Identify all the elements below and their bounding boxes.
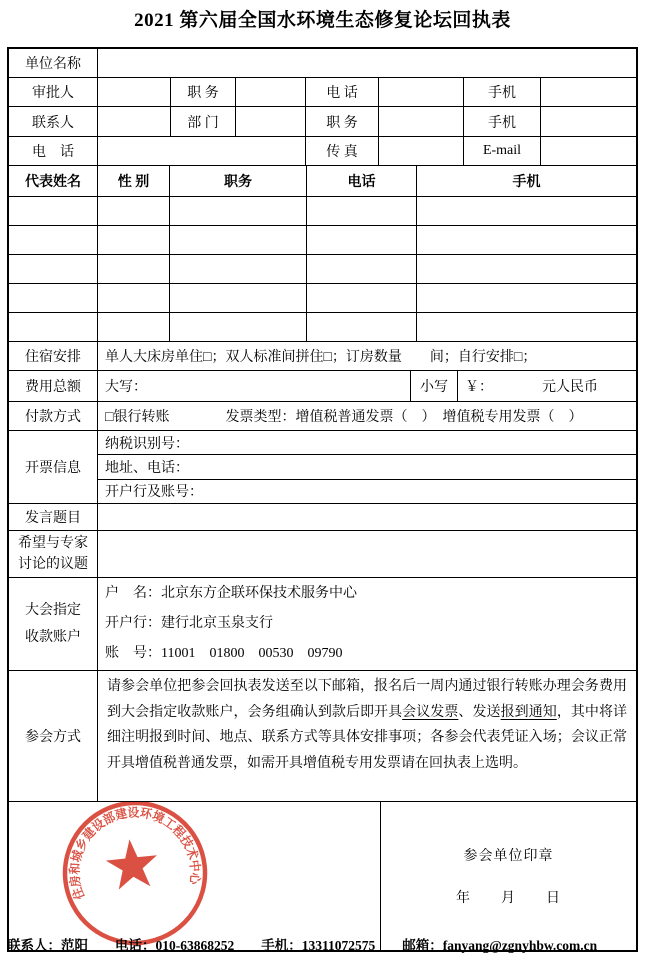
invoice-info-fields: 纳税识别号： 地址、电话： 开户行及账号： — [98, 431, 636, 503]
rep-title-field — [170, 284, 307, 312]
speech-topic-label: 发言题目 — [9, 504, 98, 530]
row-unit-name: 单位名称 — [9, 49, 636, 78]
rep-phone-field — [307, 197, 417, 225]
rep-name-field — [9, 284, 98, 312]
address-phone-field: 地址、电话： — [98, 455, 636, 479]
official-seal-icon: 住房和城乡建设部建设环境工程技术中心 — [9, 802, 381, 950]
contact-mobile-field — [541, 107, 636, 136]
row-lodging: 住宿安排 单人大床房单住□；双人标准间拼住□；订房数量 间；自行安排□； — [9, 342, 636, 371]
reply-form-table: 单位名称 审批人 职 务 电 话 手机 联系人 部 门 职 务 手机 — [7, 47, 638, 952]
payment-label: 付款方式 — [9, 402, 98, 430]
rep-name-field — [9, 197, 98, 225]
total-fee-words-field: 大写： — [98, 371, 411, 401]
approver-phone-field — [379, 78, 464, 106]
tax-id-field: 纳税识别号： — [98, 431, 636, 455]
rep-empty-row — [9, 197, 636, 226]
email-field — [541, 137, 636, 165]
total-fee-label: 费用总额 — [9, 371, 98, 401]
payment-options: □银行转账 发票类型：增值税普通发票（ ） 增值税专用发票（ ） — [98, 402, 636, 430]
lodging-options: 单人大床房单住□；双人标准间拼住□；订房数量 间；自行安排□； — [98, 342, 636, 370]
rep-name-field — [9, 255, 98, 283]
rep-mobile-field — [417, 313, 636, 341]
rep-title-field — [170, 255, 307, 283]
rep-title-header: 职务 — [170, 166, 307, 196]
rep-gender-field — [98, 226, 170, 254]
attendance-text-part2: 、发送 — [458, 705, 500, 720]
rep-title-field — [170, 226, 307, 254]
row-seal: 住房和城乡建设部建设环境工程技术中心 参会单位印章 年 月 日 — [9, 802, 636, 950]
unit-name-field — [98, 49, 636, 77]
form-page: 2021 第六届全国水环境生态修复论坛回执表 单位名称 审批人 职 务 电 话 … — [0, 0, 645, 956]
attendance-method-text: 请参会单位把参会回执表发送至以下邮箱，报名后一周内通过银行转账办理会务费用到大会… — [98, 671, 636, 801]
rep-mobile-field — [417, 255, 636, 283]
approver-mobile-field — [541, 78, 636, 106]
row-phone-fax-email: 电 话 传 真 E-mail — [9, 137, 636, 166]
unit-name-label: 单位名称 — [9, 49, 98, 77]
page-title: 2021 第六届全国水环境生态修复论坛回执表 — [0, 5, 645, 32]
rep-mobile-field — [417, 226, 636, 254]
rep-empty-row — [9, 313, 636, 342]
phone-label: 电 话 — [9, 137, 98, 165]
discussion-topics-field — [98, 531, 636, 577]
rep-empty-row — [9, 255, 636, 284]
row-invoice-info: 开票信息 纳税识别号： 地址、电话： 开户行及账号： — [9, 431, 636, 504]
date-line: 年 月 日 — [456, 887, 561, 907]
rep-mobile-field — [417, 197, 636, 225]
row-contact: 联系人 部 门 职 务 手机 — [9, 107, 636, 137]
rep-title-field — [170, 313, 307, 341]
speech-topic-field — [98, 504, 636, 530]
discussion-topics-label-line1: 希望与专家 — [18, 533, 88, 554]
rep-empty-row — [9, 284, 636, 313]
attendance-text-underline1: 会议发票 — [402, 705, 458, 720]
account-holder-name: 户 名：北京东方企联环保技术服务中心 — [105, 579, 357, 609]
rep-phone-field — [307, 313, 417, 341]
participant-seal-label: 参会单位印章 — [464, 845, 554, 865]
approver-title-field — [236, 78, 306, 106]
row-discussion-topics: 希望与专家 讨论的议题 — [9, 531, 636, 578]
fax-field — [379, 137, 464, 165]
contact-mobile-label: 手机 — [464, 107, 541, 136]
phone-field — [98, 137, 306, 165]
designated-account-details: 户 名：北京东方企联环保技术服务中心 开户行：建行北京玉泉支行 账 号：1100… — [98, 578, 636, 670]
rep-title-field — [170, 197, 307, 225]
row-designated-account: 大会指定 收款账户 户 名：北京东方企联环保技术服务中心 开户行：建行北京玉泉支… — [9, 578, 636, 671]
rep-mobile-field — [417, 284, 636, 312]
approver-label: 审批人 — [9, 78, 98, 106]
row-approver: 审批人 职 务 电 话 手机 — [9, 78, 636, 107]
participant-seal-cell: 参会单位印章 年 月 日 — [381, 802, 636, 950]
contact-dept-label: 部 门 — [171, 107, 236, 136]
bank-account-field: 开户行及账号： — [98, 480, 636, 503]
approver-title-label: 职 务 — [171, 78, 236, 106]
invoice-info-label: 开票信息 — [9, 431, 98, 503]
row-speech-topic: 发言题目 — [9, 504, 636, 531]
rep-empty-row — [9, 226, 636, 255]
rep-name-field — [9, 313, 98, 341]
discussion-topics-label: 希望与专家 讨论的议题 — [9, 531, 98, 577]
designated-account-label-line2: 收款账户 — [25, 624, 81, 651]
designated-account-label-line1: 大会指定 — [25, 597, 81, 624]
attendance-text-underline2: 报到通知 — [501, 705, 557, 720]
rep-header-row: 代表姓名 性 别 职务 电话 手机 — [9, 166, 636, 197]
contact-dept-field — [236, 107, 306, 136]
designated-account-label: 大会指定 收款账户 — [9, 578, 98, 670]
footer-contact-line: 联系人：范阳 电话：010-63868252 手机：13311072575 邮箱… — [7, 934, 597, 954]
contact-title-field — [379, 107, 464, 136]
rep-mobile-header: 手机 — [417, 166, 636, 196]
rep-name-field — [9, 226, 98, 254]
rep-name-header: 代表姓名 — [9, 166, 98, 196]
row-total-fee: 费用总额 大写： 小写 ￥： 元人民币 — [9, 371, 636, 402]
total-fee-figures-field: ￥： 元人民币 — [458, 371, 636, 401]
rep-gender-header: 性 别 — [98, 166, 170, 196]
rep-phone-field — [307, 284, 417, 312]
account-number: 账 号：11001 01800 00530 09790 — [105, 639, 342, 669]
row-payment: 付款方式 □银行转账 发票类型：增值税普通发票（ ） 增值税专用发票（ ） — [9, 402, 636, 431]
discussion-topics-label-line2: 讨论的议题 — [18, 554, 88, 575]
rep-gender-field — [98, 255, 170, 283]
rep-gender-field — [98, 197, 170, 225]
approver-phone-label: 电 话 — [306, 78, 379, 106]
rep-gender-field — [98, 284, 170, 312]
total-fee-figures-label: 小写 — [411, 371, 458, 401]
attendance-method-label: 参会方式 — [9, 671, 98, 801]
fax-label: 传 真 — [306, 137, 379, 165]
row-attendance-method: 参会方式 请参会单位把参会回执表发送至以下邮箱，报名后一周内通过银行转账办理会务… — [9, 671, 636, 802]
approver-field — [98, 78, 171, 106]
approver-mobile-label: 手机 — [464, 78, 541, 106]
account-bank: 开户行：建行北京玉泉支行 — [105, 609, 273, 639]
rep-phone-header: 电话 — [307, 166, 417, 196]
rep-gender-field — [98, 313, 170, 341]
organizer-seal-cell: 住房和城乡建设部建设环境工程技术中心 — [9, 802, 381, 950]
rep-phone-field — [307, 255, 417, 283]
contact-field — [98, 107, 171, 136]
rep-phone-field — [307, 226, 417, 254]
lodging-label: 住宿安排 — [9, 342, 98, 370]
email-label: E-mail — [464, 137, 541, 165]
contact-title-label: 职 务 — [306, 107, 379, 136]
contact-label: 联系人 — [9, 107, 98, 136]
